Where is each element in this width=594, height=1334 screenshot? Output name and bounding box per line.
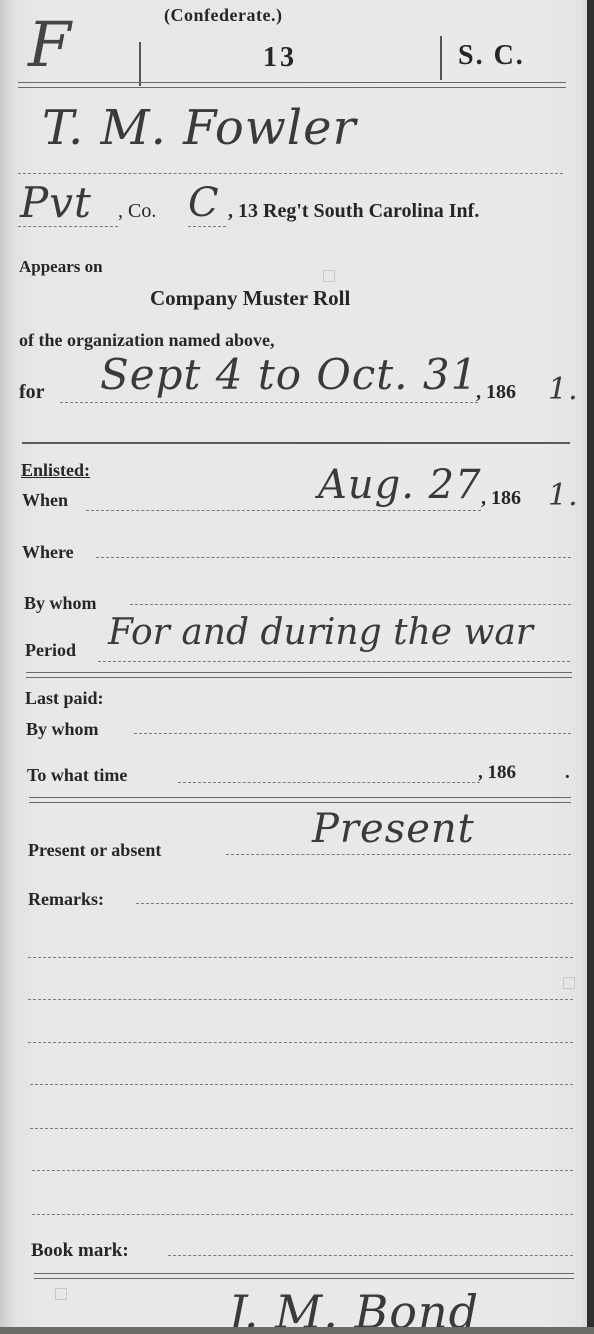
last-paid-heading: Last paid: [25,688,104,709]
scan-mark [563,977,575,989]
to-what-time-year: , 186 [478,762,516,784]
period-line [60,402,478,403]
remarks-line-7 [32,1170,573,1171]
when-label: When [22,490,68,511]
to-what-time-end: . [565,762,570,784]
remarks-line-1 [136,903,573,904]
soldier-rank: Pvt [20,178,92,227]
when-value: Aug. 27 [318,462,482,508]
period-value-line [98,661,570,662]
header-rule [18,82,566,88]
period-label: Period [25,640,76,661]
scan-mark [323,270,335,282]
section-rule-3 [29,797,571,803]
copyist-signature: J. M. Bond [228,1285,479,1327]
designation: (Confederate.) [164,5,282,26]
remarks-line-3 [28,999,573,1000]
last-paid-by-whom-line [134,733,571,734]
bottom-rule [34,1273,574,1279]
where-line [96,557,571,558]
enlisted-heading: Enlisted: [21,460,90,481]
to-what-time-line [178,782,480,783]
remarks-line-2 [28,957,573,958]
soldier-name: T. M. Fowler [42,100,357,156]
for-label: for [19,381,45,404]
section-rule-1 [22,442,570,444]
initial-mark: F [28,8,72,81]
present-or-absent-value: Present [312,806,475,852]
name-line [18,173,563,174]
rank-line [18,226,118,227]
remarks-label: Remarks: [28,889,104,910]
company-label: , Co. [118,200,156,223]
present-or-absent-label: Present or absent [28,840,161,861]
roll-type: Company Muster Roll [150,286,350,311]
remarks-line-4 [28,1042,573,1043]
roll-year-suffix: 1. [548,372,579,407]
roll-year-prefix: , 186 [476,381,516,404]
remarks-line-6 [30,1128,573,1129]
present-or-absent-line [226,854,571,855]
header-divider-left [139,42,141,86]
enlisted-by-whom-line [130,604,571,605]
muster-roll-card: F (Confederate.) 13 S. C. T. M. Fowler P… [0,0,587,1327]
to-what-time-label: To what time [27,765,127,786]
last-paid-by-whom-label: By whom [26,719,99,740]
remarks-line-8 [32,1214,573,1215]
roll-period: Sept 4 to Oct. 31 [100,350,478,399]
section-rule-2 [26,672,572,678]
regiment-number: 13 [263,42,297,74]
remarks-line-5 [30,1084,573,1085]
organization-text: of the organization named above, [19,330,275,351]
when-line [86,510,481,511]
period-value: For and during the war [108,612,533,653]
scan-edge-bottom [0,1327,594,1334]
scan-mark [55,1288,67,1300]
book-mark-line [168,1255,573,1256]
book-mark-label: Book mark: [31,1240,129,1262]
company-letter: C [188,180,220,226]
when-year-suffix: 1. [548,478,579,513]
where-label: Where [22,542,74,563]
company-line [188,226,226,227]
scan-edge-right [587,0,594,1334]
when-year-prefix: , 186 [481,487,521,510]
header-divider-right [440,36,442,80]
appears-on-label: Appears on [19,257,103,277]
state: S. C. [458,40,525,72]
enlisted-by-whom-label: By whom [24,593,97,614]
regiment-text: , 13 Reg't South Carolina Inf. [228,200,479,223]
